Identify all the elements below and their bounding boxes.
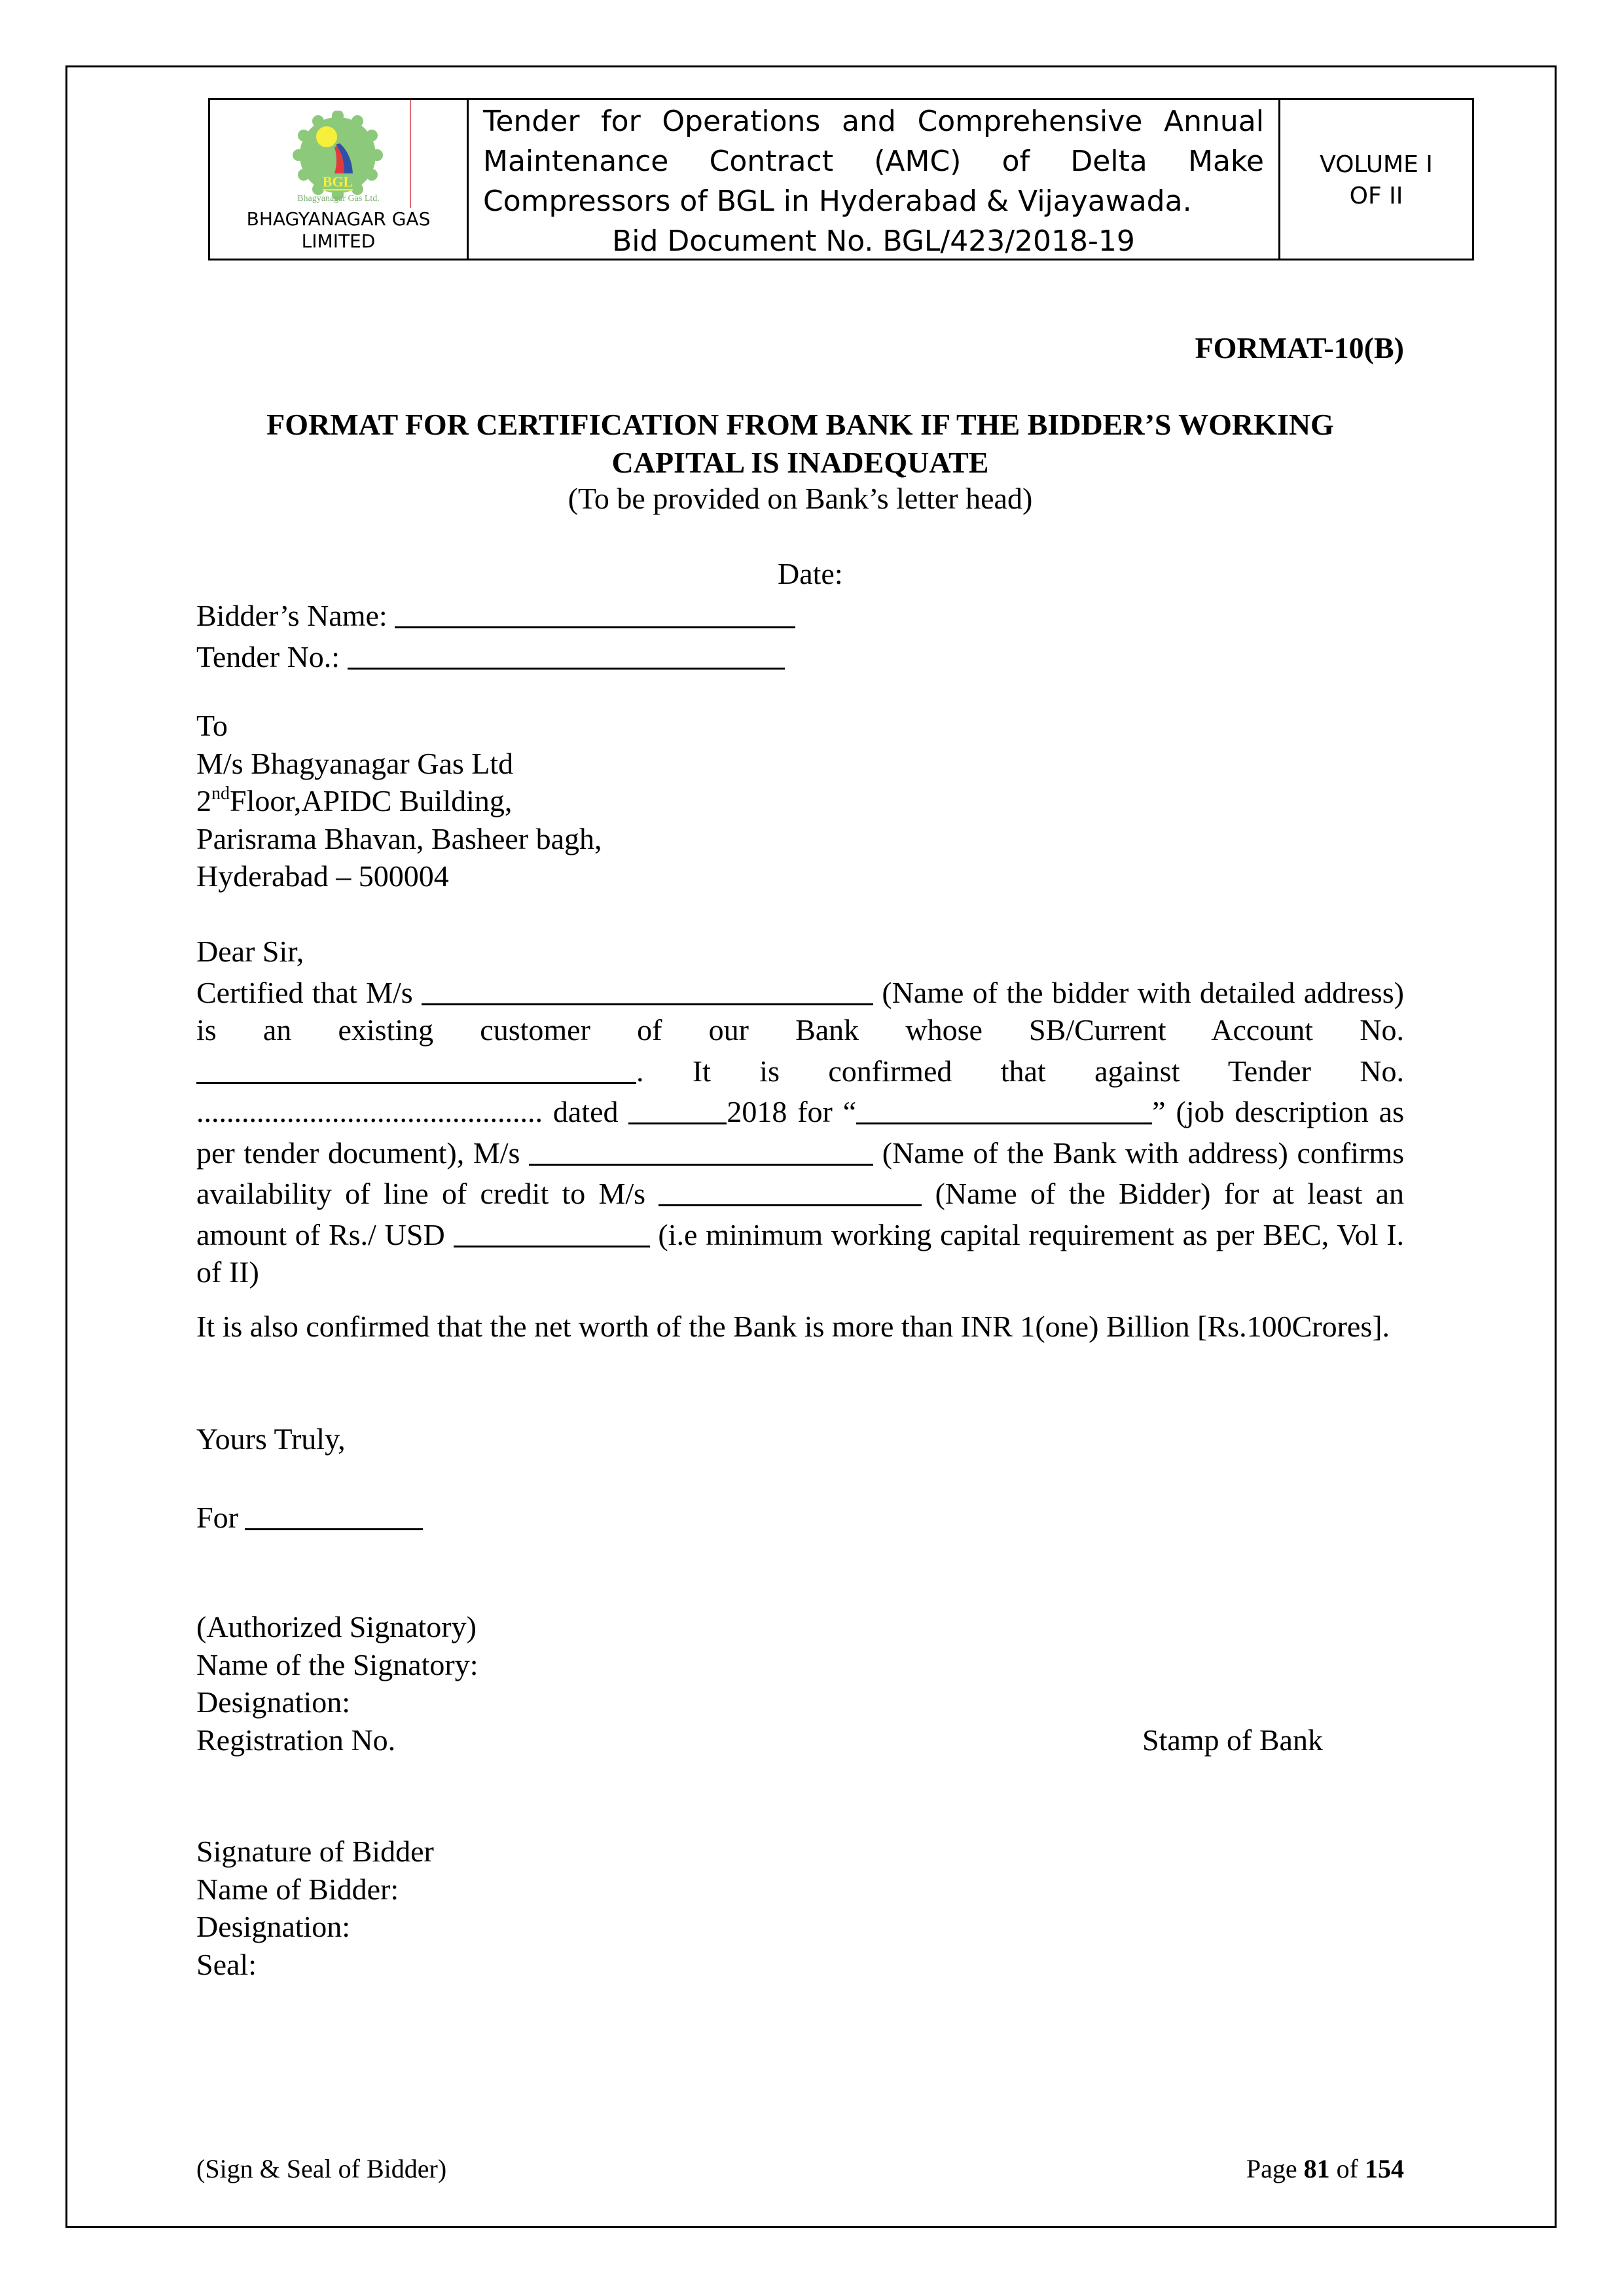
logo-caption: Bhagyanagar Gas Ltd. xyxy=(210,194,467,204)
date-label: Date: xyxy=(778,556,843,591)
certification-body: Dear Sir, Certified that M/s (Name of th… xyxy=(196,933,1404,1291)
bank-name-blank[interactable] xyxy=(529,1134,873,1166)
format-number: FORMAT-10(B) xyxy=(1195,331,1404,365)
page-number: Page 81 of 154 xyxy=(1246,2153,1404,2184)
for-blank[interactable] xyxy=(245,1498,423,1530)
bidder-name-blank-3[interactable] xyxy=(659,1174,922,1206)
document-header: BGL Bhagyanagar Gas Ltd. BHAGYANAGAR GAS… xyxy=(208,98,1474,260)
footer-sign-seal: (Sign & Seal of Bidder) xyxy=(196,2153,446,2184)
volume-label: VOLUME I OF II xyxy=(1280,149,1472,212)
header-volume-cell: VOLUME I OF II xyxy=(1280,100,1472,259)
tender-no-field: Tender No.: xyxy=(196,635,1404,676)
logo-divider xyxy=(410,100,411,208)
header-logo-cell: BGL Bhagyanagar Gas Ltd. BHAGYANAGAR GAS… xyxy=(210,100,469,259)
subtitle: (To be provided on Bank’s letter head) xyxy=(196,481,1404,516)
bid-document-number: Bid Document No. BGL/423/2018-19 xyxy=(483,221,1264,261)
amount-blank[interactable] xyxy=(454,1215,650,1247)
bidder-signature-block: Signature of Bidder Name of Bidder: Desi… xyxy=(196,1833,1404,1983)
yours-truly: Yours Truly, xyxy=(196,1420,1404,1458)
certification-paragraph: Certified that M/s (Name of the bidder w… xyxy=(196,971,1404,1291)
tender-title: Tender for Operations and Comprehensive … xyxy=(483,101,1264,261)
account-number-blank[interactable] xyxy=(196,1052,636,1084)
svg-text:BGL: BGL xyxy=(323,173,353,190)
bidder-name-blank-2[interactable] xyxy=(422,973,873,1005)
tender-no-blank[interactable] xyxy=(348,637,785,670)
company-name: BHAGYANAGAR GAS LIMITED xyxy=(210,208,467,253)
bidder-name-blank[interactable] xyxy=(395,596,795,628)
salutation: Dear Sir, xyxy=(196,933,1404,971)
main-title: FORMAT FOR CERTIFICATION FROM BANK IF TH… xyxy=(196,406,1404,481)
date-blank[interactable] xyxy=(628,1092,727,1124)
header-title-cell: Tender for Operations and Comprehensive … xyxy=(469,100,1280,259)
bidder-fields: Bidder’s Name: Tender No.: xyxy=(196,594,1404,675)
stamp-of-bank: Stamp of Bank xyxy=(1142,1721,1323,1759)
address-block: To M/s Bhagyanagar Gas Ltd 2ndFloor,APID… xyxy=(196,707,1404,895)
bidder-name-field: Bidder’s Name: xyxy=(196,594,1404,635)
signatory-block: (Authorized Signatory) Name of the Signa… xyxy=(196,1608,1404,1759)
net-worth-paragraph: It is also confirmed that the net worth … xyxy=(196,1308,1404,1346)
for-line: For xyxy=(196,1496,1404,1537)
job-description-blank[interactable] xyxy=(856,1092,1152,1124)
